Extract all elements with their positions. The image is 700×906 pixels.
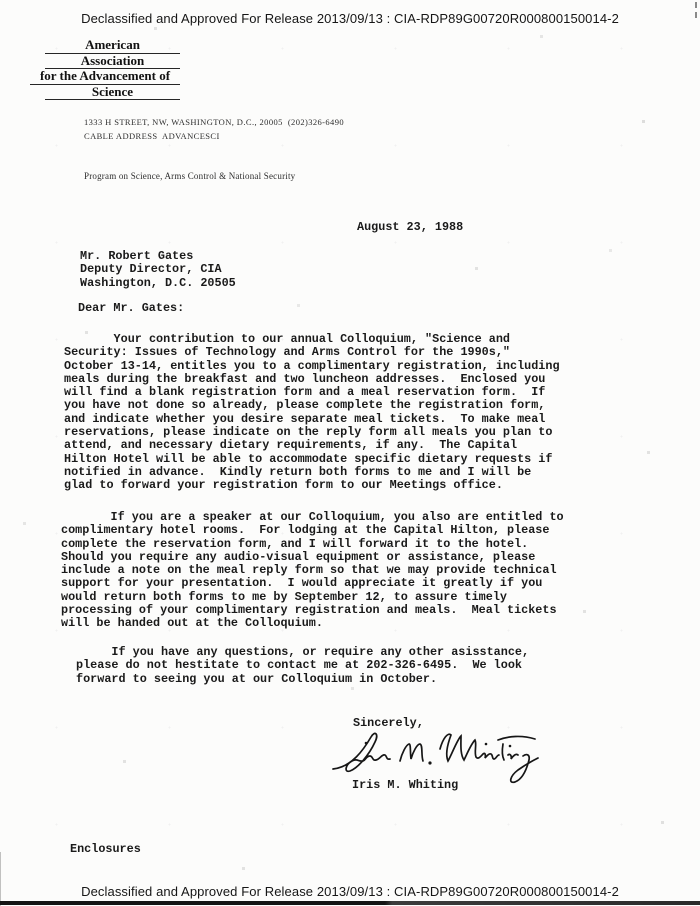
logo-line-advancement: for the Advancement of [30,69,180,85]
declassification-banner-top: Declassified and Approved For Release 20… [0,11,700,26]
salutation: Dear Mr. Gates: [78,302,184,315]
body-paragraph-3: If you have any questions, or require an… [76,646,529,686]
signature-typed-name: Iris M. Whiting [352,779,458,792]
logo-line-american: American [45,38,180,54]
logo-line-science: Science [45,85,180,101]
enclosures-note: Enclosures [70,843,141,856]
scan-edge-artifact [695,2,697,18]
body-paragraph-1: Your contribution to our annual Colloqui… [64,333,560,493]
logo-line-association: Association [45,54,180,70]
scan-noise [0,0,1,1]
scan-left-edge-artifact [0,852,1,906]
letter-date: August 23, 1988 [357,221,463,234]
declassification-banner-bottom: Declassified and Approved For Release 20… [0,884,700,899]
letterhead-cable-address: CABLE ADDRESS ADVANCESCI [84,131,220,141]
document-page: Declassified and Approved For Release 20… [0,0,700,906]
recipient-address-block: Mr. Robert Gates Deputy Director, CIA Wa… [80,250,236,290]
handwritten-signature [330,727,540,785]
letterhead-program-line: Program on Science, Arms Control & Natio… [84,171,295,181]
body-paragraph-2: If you are a speaker at our Colloquium, … [61,511,564,631]
letterhead-address: 1333 H STREET, NW, WASHINGTON, D.C., 200… [84,117,344,127]
scan-bottom-line [0,901,700,905]
aaas-logo: American Association for the Advancement… [30,38,180,100]
